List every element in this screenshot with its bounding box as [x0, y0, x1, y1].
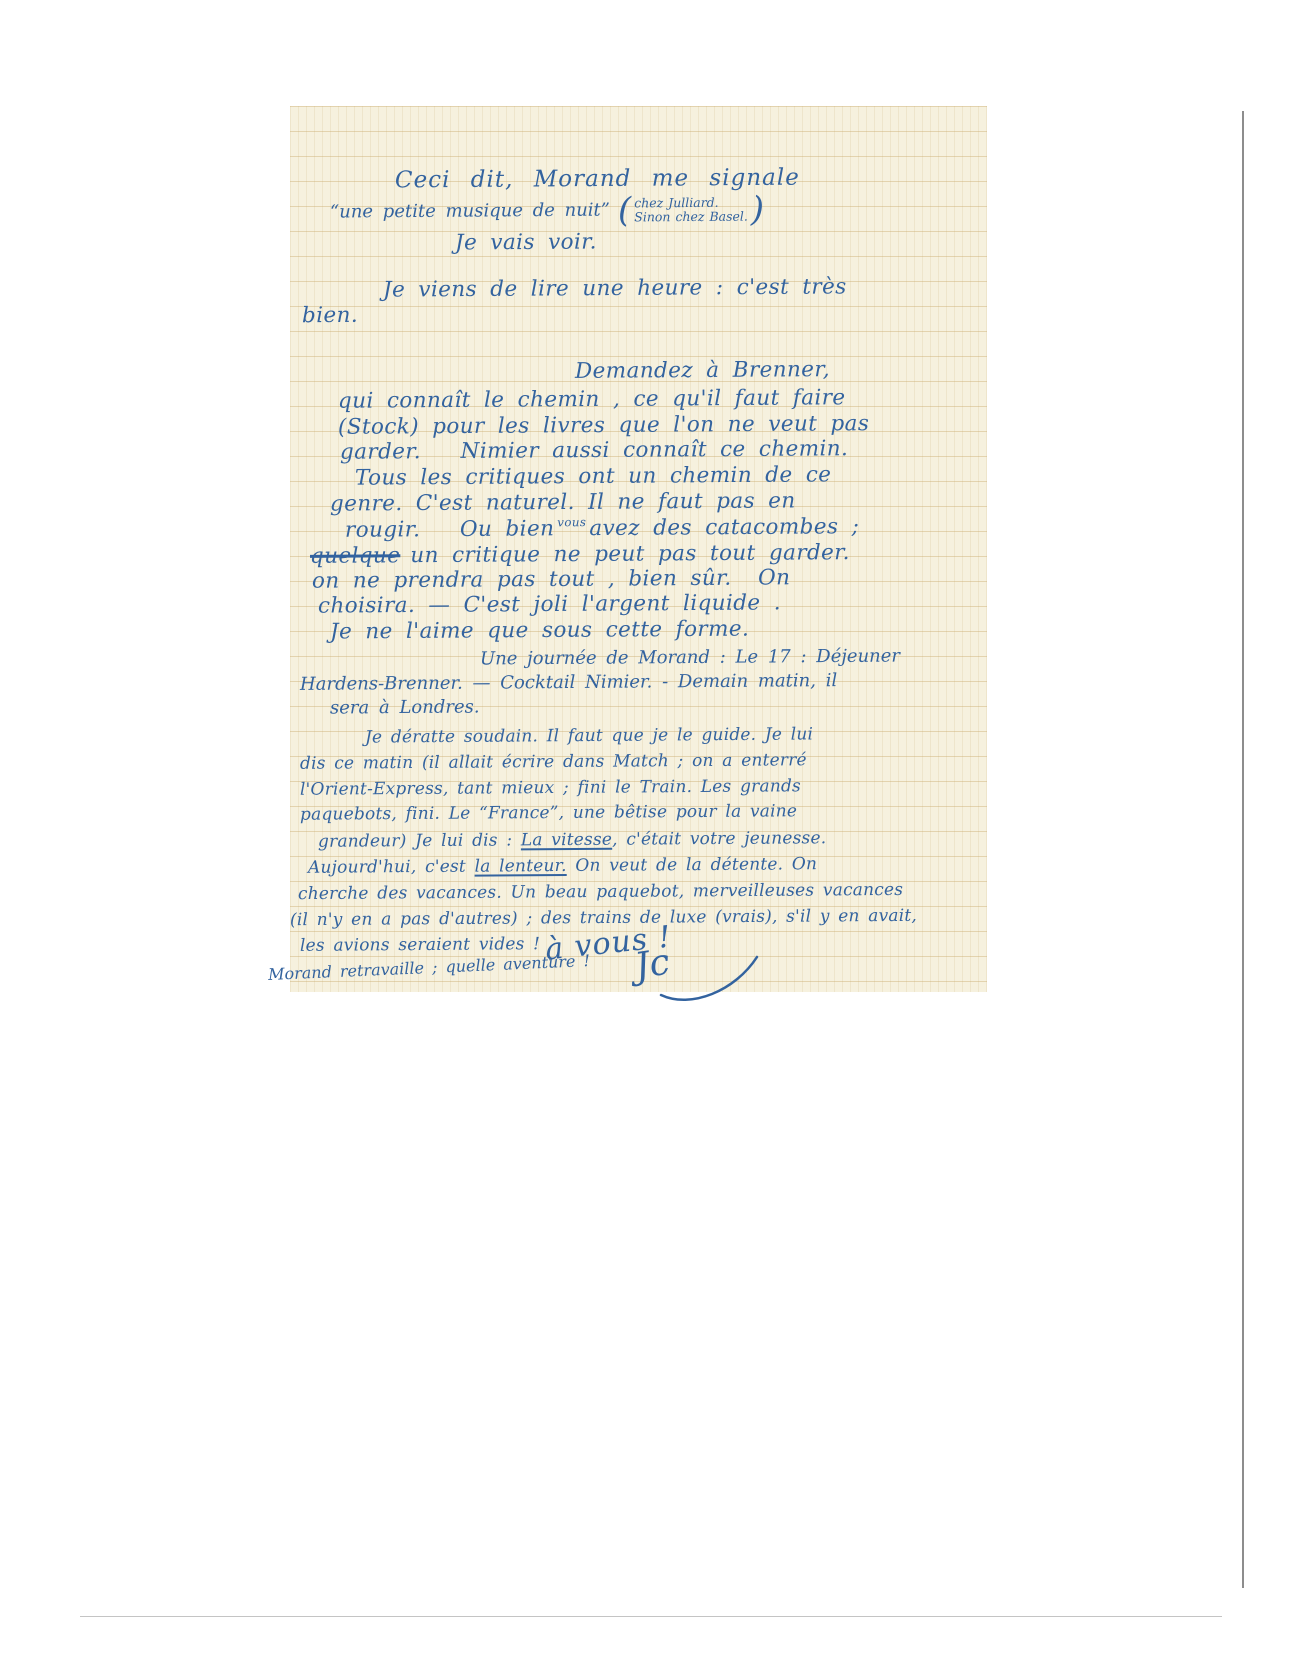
handwritten-line: Aujourd'hui, c'est la lenteur. On veut d…: [308, 854, 817, 878]
vertical-rule: [1242, 111, 1244, 1588]
handwritten-line: choisira. — C'est joli l'argent liquide …: [318, 590, 781, 618]
handwritten-line: paquebots, fini. Le “France”, une bêtise…: [300, 801, 797, 824]
handwritten-line: rougir. Ou bienvousavez des catacombes ;: [345, 513, 859, 543]
handwritten-line: on ne prendra pas tout , bien sûr. On: [312, 565, 791, 593]
close-paren: ): [751, 194, 764, 224]
handwritten-line: grandeur) Je lui dis : La vitesse, c'éta…: [318, 828, 826, 852]
handwritten-line: (Stock) pour les livres que l'on ne veut…: [338, 411, 869, 440]
handwritten-line: Je viens de lire une heure : c'est très: [383, 274, 847, 302]
handwritten-line: les avions seraient vides !: [300, 934, 540, 956]
handwritten-line: cherche des vacances. Un beau paquebot, …: [298, 880, 903, 904]
underlined-phrase: La vitesse: [521, 830, 612, 851]
handwritten-line: Je ne l'aime que sous cette forme.: [330, 617, 749, 645]
handwritten-line: garder. Nimier aussi connaît ce chemin.: [340, 436, 848, 465]
handwritten-line: Je dératte soudain. Il faut que je le gu…: [365, 724, 813, 747]
handwritten-line: l'Orient-Express, tant mieux ; fini le T…: [300, 776, 801, 799]
inserted-word: vous: [557, 515, 586, 529]
postscript-line: Morand retravaille ; quelle aventure !: [268, 951, 591, 984]
handwritten-line: qui connaît le chemin , ce qu'il faut fa…: [338, 385, 846, 414]
handwritten-line: Je vais voir.: [455, 230, 597, 256]
struck-out-word: quelque: [310, 543, 401, 569]
handwritten-line: Demandez à Brenner,: [575, 357, 830, 384]
handwritten-line: “une petite musique de nuit”(chez Jullia…: [330, 194, 764, 227]
handwritten-line: Hardens-Brenner. — Cocktail Nimier. - De…: [300, 670, 837, 695]
parenthetical-note: (chez Julliard.Sinon chez Basel.): [618, 194, 764, 225]
handwritten-line: bien.: [302, 303, 358, 328]
note-line: Sinon chez Basel.: [634, 210, 748, 225]
open-paren: (: [618, 195, 631, 225]
letter-page: Ceci dit, Morand me signale “une petite …: [290, 106, 987, 992]
handwritten-line: dis ce matin (il allait écrire dans Matc…: [300, 750, 807, 774]
handwritten-line: Ceci dit, Morand me signale: [395, 165, 800, 194]
handwritten-line: sera à Londres.: [330, 696, 480, 718]
signature-flourish: [655, 951, 765, 1006]
horizontal-rule: [80, 1616, 1222, 1617]
handwritten-line: Une journée de Morand : Le 17 : Déjeuner: [480, 646, 900, 670]
underlined-phrase: la lenteur.: [474, 856, 566, 877]
handwritten-line: genre. C'est naturel. Il ne faut pas en: [330, 488, 796, 516]
handwritten-line: Tous les critiques ont un chemin de ce: [355, 462, 832, 490]
quoted-title: “une petite musique de nuit”: [330, 200, 610, 223]
